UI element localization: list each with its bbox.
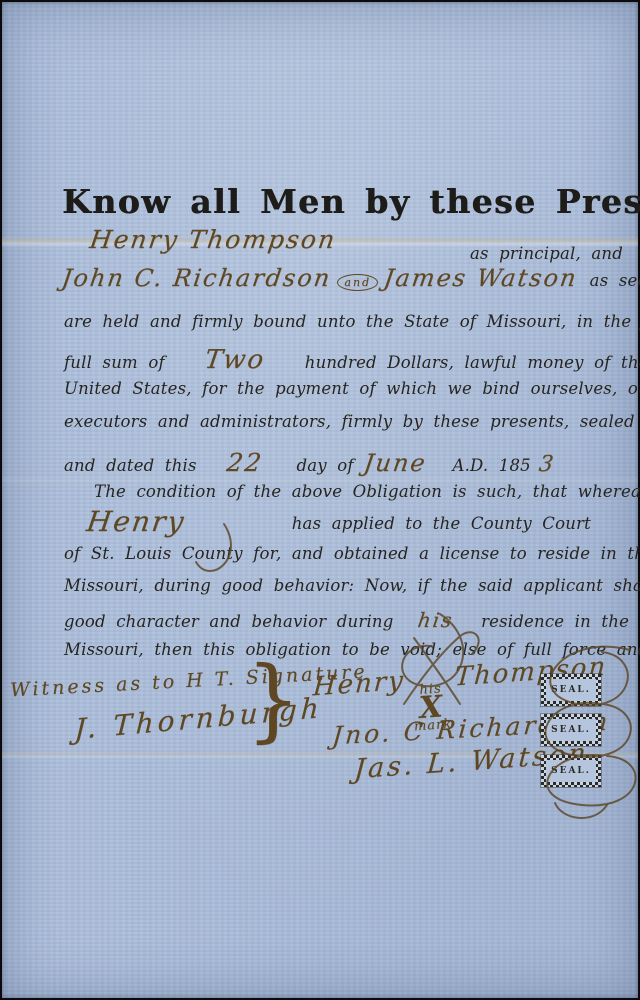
printed-during: good character and behavior during [64, 612, 394, 631]
handwritten-principal-name: Henry Thompson [88, 225, 338, 254]
printed-as-securities: as securities, [590, 271, 640, 290]
document-title: Know all Men by these Presents, [62, 182, 640, 221]
handwritten-security1-name: John C. Richardson [60, 264, 333, 292]
printed-day-of: day of [297, 456, 354, 475]
printed-line-st-louis: of St. Louis County for, and obtained a … [64, 544, 640, 563]
printed-ad-year: A.D. 185 [452, 456, 530, 475]
handwritten-pronoun: his [416, 608, 455, 632]
printed-as-principal: as principal, and [470, 244, 623, 263]
printed-and-dated-this: and dated this [64, 456, 197, 475]
scanned-document: Know all Men by these Presents, That We.… [0, 0, 640, 1000]
printed-line-bound: are held and firmly bound unto the State… [64, 312, 640, 331]
handwritten-applicant-name: Henry [85, 505, 188, 538]
printed-residence: residence in the State of [481, 612, 640, 631]
handwritten-month: June [362, 449, 429, 477]
printed-full-sum-of: full sum of [64, 353, 165, 372]
ink-flourish-overlay [2, 2, 640, 1000]
printed-condition-line: The condition of the above Obligation is… [94, 482, 640, 501]
seal-stamp: SEAL. [541, 674, 601, 706]
printed-line-executors: executors and administrators, firmly by … [64, 412, 640, 431]
handwritten-and-inserted: and [337, 274, 378, 291]
handwritten-sum: Two [163, 345, 307, 375]
seal-stamp-face: SEAL. [546, 719, 596, 741]
seal-stamp: SEAL. [541, 714, 601, 746]
handwritten-security2-name: James Watson [382, 264, 580, 292]
seal-stamp-face: SEAL. [546, 760, 596, 782]
paper-sheet: Know all Men by these Presents, That We.… [2, 2, 638, 998]
seal-label: SEAL. [551, 725, 591, 735]
seal-stamp-face: SEAL. [546, 679, 596, 701]
signature-thompson-first: Henry [312, 666, 406, 703]
handwritten-year-digit: 3 [537, 452, 557, 477]
printed-has-applied: has applied to the County Court [292, 514, 591, 533]
printed-line-united-states: United States, for the payment of which … [64, 379, 640, 398]
seal-stamp: SEAL. [541, 755, 601, 787]
printed-line-behavior: Missouri, during good behavior: Now, if … [64, 576, 640, 595]
handwritten-day: 22 [225, 448, 265, 477]
seal-label: SEAL. [551, 766, 591, 776]
printed-hundred-dollars: hundred Dollars, lawful money of the [305, 353, 640, 372]
seal-label: SEAL. [551, 685, 591, 695]
